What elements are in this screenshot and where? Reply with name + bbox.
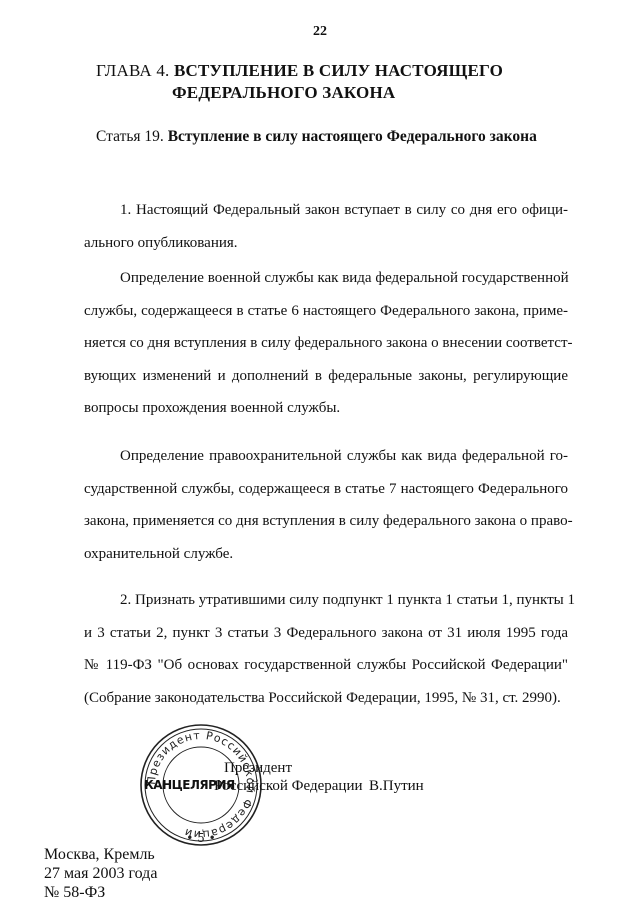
chapter-label: ГЛАВА 4. bbox=[96, 61, 170, 80]
chapter-heading: ГЛАВА 4. ВСТУПЛЕНИЕ В СИЛУ НАСТОЯЩЕГО ФЕ… bbox=[96, 60, 503, 104]
text-line: 2. Признать утратившими силу подпункт 1 … bbox=[84, 584, 568, 617]
text-line: няется со дня вступления в силу федераль… bbox=[84, 327, 568, 360]
paragraph-3: Определение правоохранительной службы ка… bbox=[84, 440, 568, 570]
document-footer: Москва, Кремль 27 мая 2003 года № 58-ФЗ bbox=[44, 845, 157, 902]
svg-text:• 5 •: • 5 • bbox=[186, 831, 215, 845]
text-line: и 3 статьи 2, пункт 3 статьи 3 Федеральн… bbox=[84, 617, 568, 650]
signing-place: Москва, Кремль bbox=[44, 845, 157, 864]
page-number: 22 bbox=[0, 24, 640, 40]
chapter-title-line2: ФЕДЕРАЛЬНОГО ЗАКОНА bbox=[96, 82, 503, 104]
signature-title-line1: Президент bbox=[224, 760, 292, 777]
text-line: охранительной службе. bbox=[84, 538, 568, 571]
article-label: Статья 19. bbox=[96, 128, 164, 145]
text-line: (Собрание законодательства Российской Фе… bbox=[84, 682, 568, 715]
text-line: ального опубликования. bbox=[84, 227, 568, 260]
text-line: сударственной службы, содержащееся в ста… bbox=[84, 473, 568, 506]
law-number: № 58-ФЗ bbox=[44, 883, 157, 902]
chapter-title-line1: ВСТУПЛЕНИЕ В СИЛУ НАСТОЯЩЕГО bbox=[174, 61, 503, 80]
article-title: Вступление в силу настоящего Федеральног… bbox=[168, 128, 537, 145]
text-line: Определение военной службы как вида феде… bbox=[84, 262, 568, 295]
signature-title-line2: Российской Федерации bbox=[214, 778, 363, 795]
text-line: закона, применяется со дня вступления в … bbox=[84, 505, 568, 538]
text-line: 1. Настоящий Федеральный закон вступает … bbox=[84, 194, 568, 227]
text-line: № 119-ФЗ "Об основах государственной слу… bbox=[84, 649, 568, 682]
paragraph-1: 1. Настоящий Федеральный закон вступает … bbox=[84, 194, 568, 259]
text-line: вопросы прохождения военной службы. bbox=[84, 392, 568, 425]
text-line: службы, содержащееся в статье 6 настояще… bbox=[84, 295, 568, 328]
text-line: вующих изменений и дополнений в федераль… bbox=[84, 360, 568, 393]
signature-name: В.Путин bbox=[369, 778, 424, 795]
paragraph-2: Определение военной службы как вида феде… bbox=[84, 262, 568, 425]
signing-date: 27 мая 2003 года bbox=[44, 864, 157, 883]
text-line: Определение правоохранительной службы ка… bbox=[84, 440, 568, 473]
paragraph-4: 2. Признать утратившими силу подпункт 1 … bbox=[84, 584, 568, 714]
article-heading: Статья 19. Вступление в силу настоящего … bbox=[96, 128, 537, 146]
